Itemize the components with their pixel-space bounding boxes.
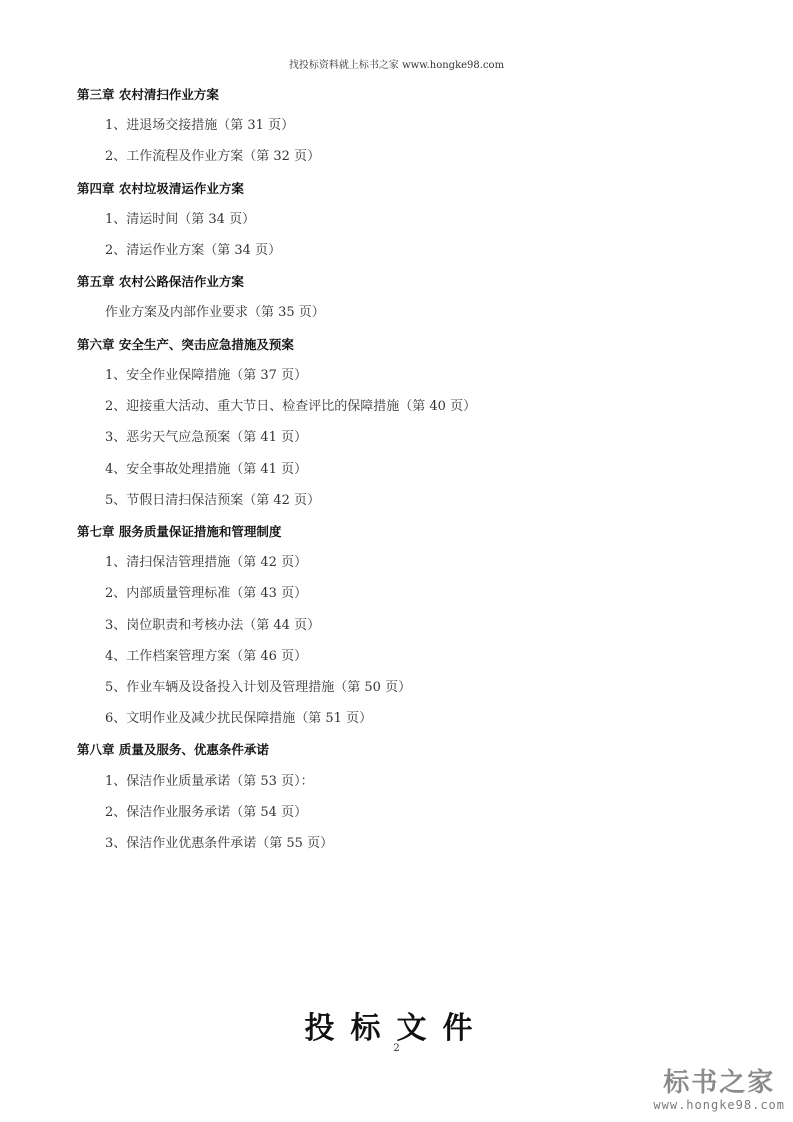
toc-chapter-heading: 第七章 服务质量保证措施和管理制度	[77, 523, 281, 541]
toc-chapter-heading: 第六章 安全生产、突击应急措施及预案	[77, 336, 294, 354]
toc-entry: 2、清运作业方案（第 34 页）	[105, 242, 281, 260]
page-header: 找投标资料就上标书之家 www.hongke98.com	[0, 56, 793, 71]
toc-entry: 1、安全作业保障措施（第 37 页）	[105, 367, 307, 385]
toc-chapter-heading: 第四章 农村垃圾清运作业方案	[77, 180, 244, 198]
toc-entry: 3、保洁作业优惠条件承诺（第 55 页）	[105, 835, 333, 853]
document-title: 投标文件	[0, 1003, 793, 1047]
toc-entry: 3、岗位职责和考核办法（第 44 页）	[105, 617, 320, 635]
toc-entry: 2、工作流程及作业方案（第 32 页）	[105, 148, 320, 166]
toc-entry: 作业方案及内部作业要求（第 35 页）	[105, 304, 325, 322]
toc-entry: 1、保洁作业质量承诺（第 53 页）：	[105, 773, 314, 791]
toc-entry: 2、迎接重大活动、重大节日、检查评比的保障措施（第 40 页）	[105, 398, 476, 416]
toc-entry: 1、清运时间（第 34 页）	[105, 211, 255, 229]
toc-entry: 6、文明作业及减少扰民保障措施（第 51 页）	[105, 710, 372, 728]
toc-entry: 2、内部质量管理标准（第 43 页）	[105, 585, 307, 603]
toc-entry: 2、保洁作业服务承诺（第 54 页）	[105, 804, 307, 822]
toc-entry: 5、作业车辆及设备投入计划及管理措施（第 50 页）	[105, 679, 411, 697]
toc-chapter-heading: 第五章 农村公路保洁作业方案	[77, 273, 244, 291]
toc-chapter-heading: 第八章 质量及服务、优惠条件承诺	[77, 741, 269, 759]
toc-entry: 4、安全事故处理措施（第 41 页）	[105, 461, 307, 479]
toc-entry: 3、恶劣天气应急预案（第 41 页）	[105, 429, 307, 447]
toc-entry: 1、进退场交接措施（第 31 页）	[105, 117, 294, 135]
toc-chapter-heading: 第三章 农村清扫作业方案	[77, 86, 219, 104]
page-number: 2	[0, 1043, 793, 1054]
toc-entry: 1、清扫保洁管理措施（第 42 页）	[105, 554, 307, 572]
toc-entry: 5、节假日清扫保洁预案（第 42 页）	[105, 492, 320, 510]
watermark: 标书之家 www.hongke98.com	[653, 1068, 785, 1112]
watermark-brand: 标书之家	[653, 1068, 785, 1098]
toc-entry: 4、工作档案管理方案（第 46 页）	[105, 648, 307, 666]
watermark-url: www.hongke98.com	[653, 1098, 785, 1112]
